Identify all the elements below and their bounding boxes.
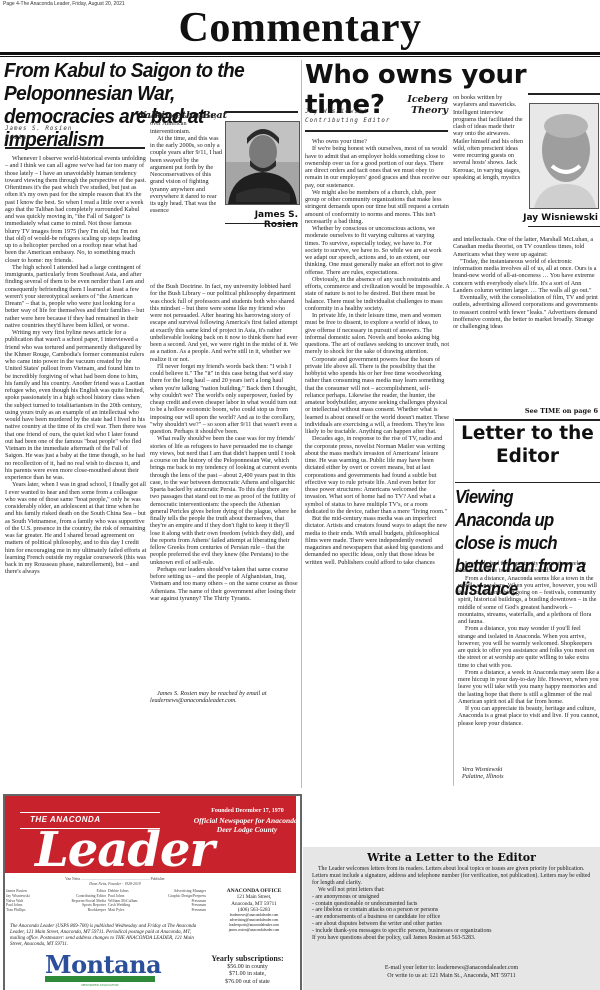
left-article-column-2: of the Bush Doctrine. In fact, my univer… — [150, 283, 298, 673]
subscriptions-title: Yearly subscriptions: — [211, 954, 283, 963]
header-rule-thin — [0, 56, 600, 57]
office-city: Anaconda, MT 59711 — [231, 901, 276, 907]
write-letter-contact: E-mail your letter to: leadernews@anacon… — [303, 965, 600, 980]
intro: The Leader welcomes letters from its rea… — [312, 866, 594, 887]
left-byline: James S. Rosien Editor — [5, 125, 145, 143]
paragraph: of the Bush Doctrine. In fact, my univer… — [150, 283, 298, 363]
header-rule — [0, 52, 600, 55]
author-role: Editor — [5, 134, 145, 143]
email-line[interactable]: E-mail your letter to: leadernews@anacon… — [303, 965, 600, 973]
paragraph: Whether by conscious or unconscious acti… — [305, 225, 450, 276]
staff-row: Matt PylesPressman — [108, 908, 206, 913]
rule-item: - contain questionable or undocumented f… — [312, 901, 594, 908]
photo-top-rule — [528, 93, 600, 95]
paragraph: Obviously, in the absence of any such re… — [305, 276, 450, 312]
logo-line — [20, 812, 160, 813]
photo-caption-wisniewski: Jay Wisniewski — [522, 213, 598, 223]
author-name: James S. Rosien — [5, 125, 145, 134]
portrait-icon — [226, 122, 299, 204]
office-info: ANACONDA OFFICE 121 Main Street, Anacond… — [212, 888, 296, 933]
staff-row: Tom PhillipsBookkeeper — [6, 908, 106, 913]
staff-list-right: Debbie JohnsAdvertising Manager Paul Joh… — [108, 889, 206, 913]
byline-rule — [305, 130, 448, 132]
paragraph: Eventually, with the consolidation of fi… — [453, 294, 600, 330]
byline-rule — [5, 147, 145, 149]
paragraph: Whenever I observe world-historical even… — [5, 155, 147, 264]
publication-info: The Anaconda Leader (USPS 869-700) is pu… — [10, 924, 202, 948]
office-title: ANACONDA OFFICE — [227, 888, 282, 894]
right-byline: Jay Wisniewski Contributing Editor — [305, 108, 445, 126]
paragraph: From a distance, you may wonder if you'l… — [458, 625, 600, 669]
portrait-icon — [530, 104, 598, 208]
will-not-print: We will not print letters that: — [312, 887, 594, 894]
left-article-contact: James S. Rosien may be reached by email … — [150, 690, 298, 705]
section-title: Commentary — [0, 4, 600, 52]
subscription-rate: $76.00 out of state — [195, 979, 300, 986]
office-street: 121 Main Street, — [237, 894, 272, 900]
photo-bottom-rule — [528, 226, 600, 227]
column-divider — [301, 60, 302, 788]
paragraph: If we're being honest with ourselves, mo… — [305, 145, 450, 189]
paragraph: If you can appreciate its beauty, herita… — [458, 705, 600, 727]
author-photo-wisniewski — [529, 103, 599, 209]
paragraph: and intellectuals. One of the latter, Ma… — [453, 236, 600, 258]
paragraph: I recently had the opportunity to spend … — [458, 560, 600, 575]
letter-body: I recently had the opportunity to spend … — [458, 560, 600, 760]
jump-link-time[interactable]: See TIME on page 6 — [455, 407, 598, 415]
author-role: Contributing Editor — [305, 117, 445, 126]
right-article-column-2: and intellectuals. One of the latter, Ma… — [453, 236, 600, 401]
signature-place: Palatine, Illinois — [462, 773, 600, 780]
paragraph: Who owns your time? — [305, 138, 450, 145]
founded-date: Founded December 17, 1970 — [195, 808, 300, 814]
paragraph: We might also be members of a church, cl… — [305, 189, 450, 225]
subscriptions: Yearly subscriptions: $56.00 in county $… — [195, 955, 300, 986]
paragraph: From a distance, Anaconda seems like a t… — [458, 575, 600, 626]
questions: If you have questions about the policy, … — [312, 935, 594, 942]
staff-list-left: James RosienEditor Jay WisniewskiContrib… — [6, 889, 106, 913]
letter-signature: Vera Wisniewski Palatine, Illinois — [462, 766, 600, 781]
paragraph: Decades ago, in response to the rise of … — [305, 435, 450, 515]
signature-name: Vera Wisniewski — [462, 766, 600, 773]
photo-caption-rosien: James S. Rosien — [222, 210, 298, 230]
paragraph: But the mid-century mass media was an im… — [305, 515, 450, 566]
right-article-column-1: Who owns your time? If we're being hones… — [305, 138, 450, 790]
paragraph: What really should've been the case was … — [150, 435, 298, 566]
left-article-column-2-narrow: a but – we clashed epically over America… — [150, 113, 222, 283]
paragraph: In private life, in their leisure time, … — [305, 312, 450, 356]
official-newspaper: Official Newspaper for Anaconda-Deer Lod… — [192, 817, 302, 834]
author-photo-rosien — [225, 121, 300, 205]
photo-top-rule — [225, 111, 298, 113]
paragraph: Writing my very first byline news articl… — [5, 329, 147, 481]
paragraph: a but – we clashed epically over America… — [150, 113, 222, 135]
office-phone: (406) 563-5283 — [238, 907, 270, 913]
paragraph: At the time, and this was in the early 2… — [150, 135, 222, 215]
rule-item: - are anonymous or unsigned — [312, 894, 594, 901]
paragraph: From a distance, a week in Anaconda may … — [458, 669, 600, 705]
paragraph: on books written by wayfarers and maveri… — [453, 94, 525, 181]
write-letter-body: The Leader welcomes letters from its rea… — [312, 866, 594, 942]
letter-section-title: Letter to the Editor — [455, 422, 600, 468]
rule-item: - are endorsements of a business or cand… — [312, 914, 594, 921]
paragraph: The high school I attended had a large c… — [5, 264, 147, 329]
paragraph: "Today, the instantaneous world of elect… — [453, 258, 600, 294]
paragraph: Perhaps our leaders should've taken that… — [150, 566, 298, 602]
office-email[interactable]: james.rosien@anacondaleader.com — [212, 928, 296, 933]
logo-band — [45, 976, 155, 982]
photo-bottom-rule — [225, 223, 298, 224]
left-article-column-1: Whenever I observe world-historical even… — [5, 155, 147, 747]
letter-top-rule — [455, 419, 600, 421]
founder-line: Dean Neitz, Founder - 1928-2019 — [40, 882, 190, 887]
montana-newspaper-association-logo: Montana — [45, 950, 161, 979]
write-letter-title: Write a Letter to the Editor — [303, 851, 600, 864]
paragraph: I'll never forget my friend's words back… — [150, 363, 298, 436]
logo-subtitle: NEWSPAPER ASSOCIATION — [45, 983, 155, 987]
mail-line: Or write to us at: 121 Main St., Anacond… — [303, 973, 600, 981]
right-article-column-2-narrow: on books written by wayfarers and maveri… — [453, 94, 525, 242]
letter-title-rule — [455, 482, 600, 483]
paragraph: Years later, when I was in grad school, … — [5, 481, 147, 575]
logo-leader: Leader — [35, 822, 214, 878]
author-name: Jay Wisniewski — [305, 108, 445, 117]
contact-line: James S. Rosien may be reached by email … — [150, 690, 298, 705]
letter-divider — [453, 418, 454, 786]
paragraph: Corporate and government powers fear the… — [305, 356, 450, 436]
subscription-rate: $71.00 in state, — [195, 971, 300, 978]
